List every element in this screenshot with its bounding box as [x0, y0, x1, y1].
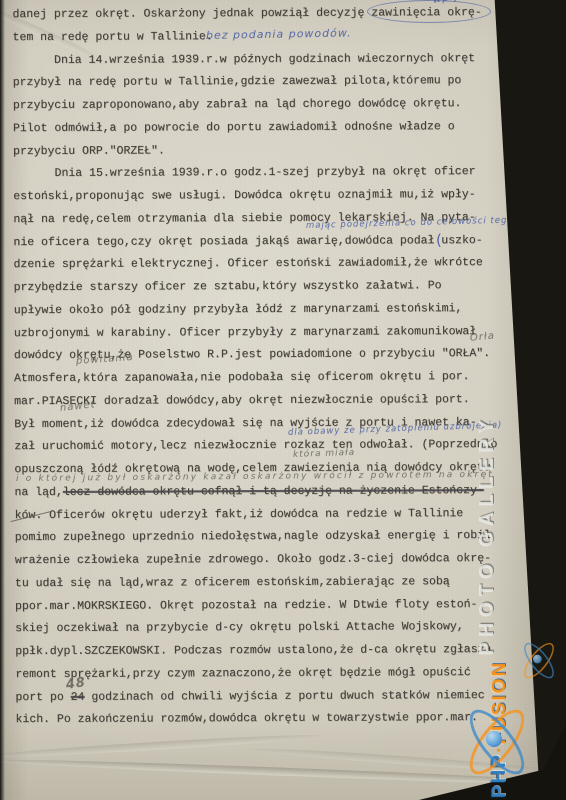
typed-line: Pilot odmówił,a po powrocie do portu zaw…: [13, 117, 455, 139]
typed-line: Dnia 14.września 1939.r.w późnych godzin…: [13, 49, 475, 71]
typed-line: pomimo zupełnego uprzednio niedołęstwa,n…: [15, 526, 491, 548]
typed-line: nie oficera tego,czy okręt posiada jakąś…: [13, 231, 482, 253]
typed-text: danej przez okręt. Oskarżony jednak powz…: [12, 3, 515, 745]
typed-line: zał uruchomić motory,lecz niezwłocznie r…: [14, 435, 497, 457]
typed-line: skiej oczekiwał na przybycie d-cy okrętu…: [15, 617, 464, 639]
atom-nucleus-icon: [533, 655, 542, 664]
typed-line: uzbrojonymi w karabiny. Oficer przybyły …: [14, 322, 476, 344]
ink-paren-mark: (: [436, 231, 443, 249]
atom-nucleus-icon: [486, 731, 502, 747]
typed-line: dzenie sprężarki elektrycznej. Oficer es…: [13, 253, 482, 275]
typed-line: przybył na redę portu w Tallinie,gdzie z…: [13, 71, 462, 93]
photo-background-left: [0, 0, 5, 800]
typed-line: Atmosfera,która zapanowała,nie podobała …: [14, 367, 470, 389]
typed-line: kich. Po zakończeniu rozmów,dowódca okrę…: [15, 708, 477, 730]
handwritten-note-bez-podania: bez podania powodów.: [206, 26, 352, 42]
typed-line: estoński,proponując swe usługi. Dowódca …: [13, 185, 475, 207]
typed-line: ppłk.dypl.SZCZEKOWSKI. Podczas rozmów us…: [15, 640, 491, 662]
photo-of-document: danej przez okręt. Oskarżony jednak powz…: [0, 0, 566, 800]
typed-line: przybyciu ORP."ORZEŁ".: [13, 141, 165, 162]
typed-line: tu udał się na ląd,wraz z oficerem estoń…: [15, 572, 450, 594]
typed-text-segment: port po: [15, 690, 70, 703]
typed-line: ków. Oficerów okrętu uderzył fakt,iż dow…: [15, 504, 464, 526]
typed-line: tem na redę portu w Tallinie.: [12, 27, 212, 48]
struck-text: 24: [71, 690, 85, 703]
struck-text: lecz dowódca okrętu cofnął i tą decyzję …: [63, 484, 484, 499]
typed-line: upływie około pół godziny przybyła łódź …: [14, 299, 463, 321]
typed-text-segment: godzinach od chwili wyjścia z portu dwuc…: [84, 689, 484, 704]
typed-line: przybędzie starszy oficer ze sztabu,któr…: [14, 276, 442, 298]
watermark-photo-gallery: PHOTO GALLERY: [477, 414, 499, 655]
typed-line: ppor.mar.MOKRSKIEGO. Okręt pozostał na r…: [15, 595, 477, 617]
typed-text-segment: na ląd,: [14, 486, 62, 499]
typed-line: na ląd,lecz dowódca okrętu cofnął i tą d…: [14, 481, 483, 503]
handwritten-hours-correction: 48: [65, 675, 87, 693]
php-fusion-atom-logo-small-icon: [518, 636, 561, 681]
ink-circle-around-zawiniecia: [367, 0, 491, 23]
php-fusion-atom-logo-icon: [458, 698, 536, 780]
typed-line: Dnia 15.września 1939.r.o godz.1-szej pr…: [13, 162, 475, 184]
typed-line: wrażenie człowieka zupełnie zdrowego. Ok…: [15, 549, 491, 571]
typed-line: przybyciu zaproponowano,aby zabrał na lą…: [13, 94, 462, 116]
